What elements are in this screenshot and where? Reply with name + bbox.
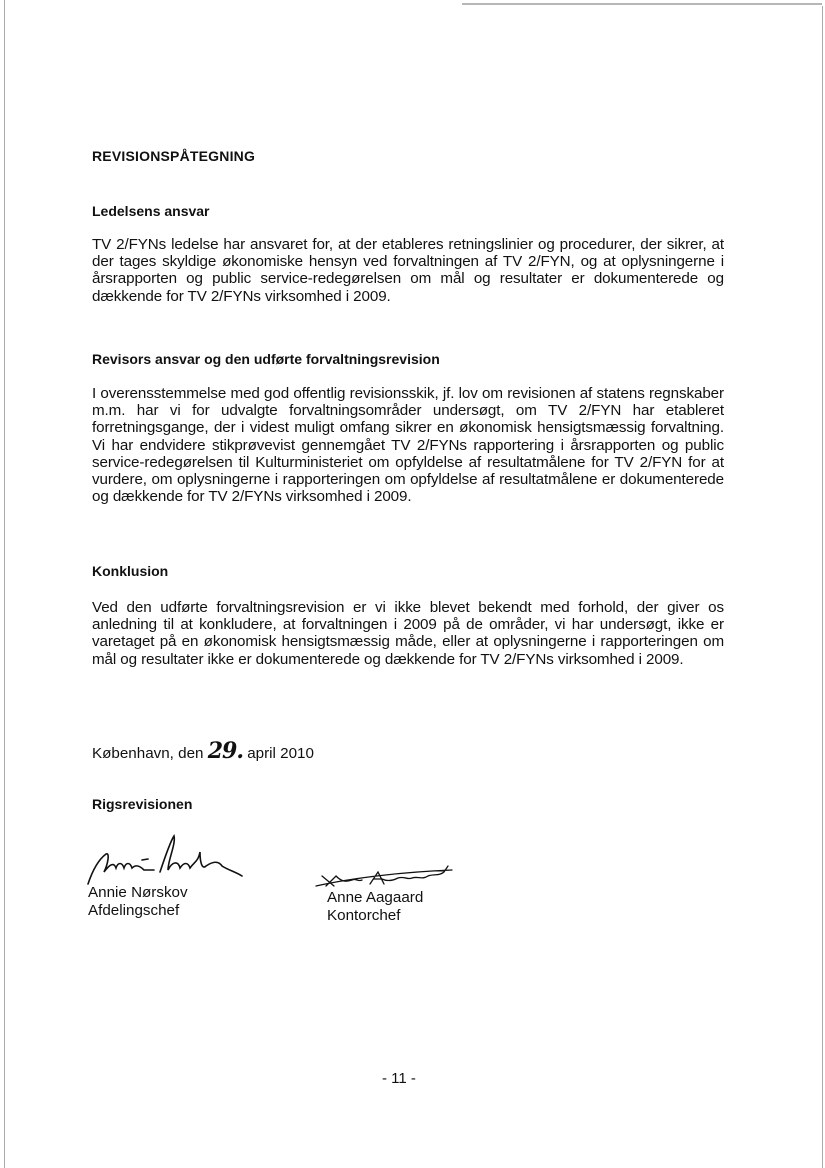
document-title: REVISIONSPÅTEGNING xyxy=(92,148,255,164)
handwritten-day: 29. xyxy=(208,738,243,764)
page-number: - 11 - xyxy=(382,1070,416,1087)
signature-annie-norskov xyxy=(84,832,254,887)
organization-name: Rigsrevisionen xyxy=(92,796,192,812)
scan-edge-right xyxy=(822,6,823,1168)
section-body-ledelsens-ansvar: TV 2/FYNs ledelse har ansvaret for, at d… xyxy=(92,236,724,305)
signer-1-name: Annie Nørskov xyxy=(88,884,188,902)
scan-edge-top xyxy=(462,3,822,5)
signer-2-role: Kontorchef xyxy=(327,907,423,925)
section-heading-ledelsens-ansvar: Ledelsens ansvar xyxy=(92,203,210,219)
signer-2-name: Anne Aagaard xyxy=(327,889,423,907)
signer-1: Annie Nørskov Afdelingschef xyxy=(88,884,188,920)
date-prefix: København, den xyxy=(92,745,203,762)
signer-1-role: Afdelingschef xyxy=(88,902,188,920)
place-date-line: København, den 29. april 2010 xyxy=(92,738,314,764)
section-heading-konklusion: Konklusion xyxy=(92,563,168,579)
section-body-konklusion: Ved den udførte forvaltningsrevision er … xyxy=(92,599,724,668)
signer-2: Anne Aagaard Kontorchef xyxy=(327,889,423,925)
section-heading-revisors-ansvar: Revisors ansvar og den udførte forvaltni… xyxy=(92,351,440,367)
date-suffix: april 2010 xyxy=(247,745,314,762)
section-body-revisors-ansvar: I overensstemmelse med god offentlig rev… xyxy=(92,385,724,505)
scan-edge-left xyxy=(4,0,5,1168)
signature-anne-aagaard xyxy=(312,864,462,890)
